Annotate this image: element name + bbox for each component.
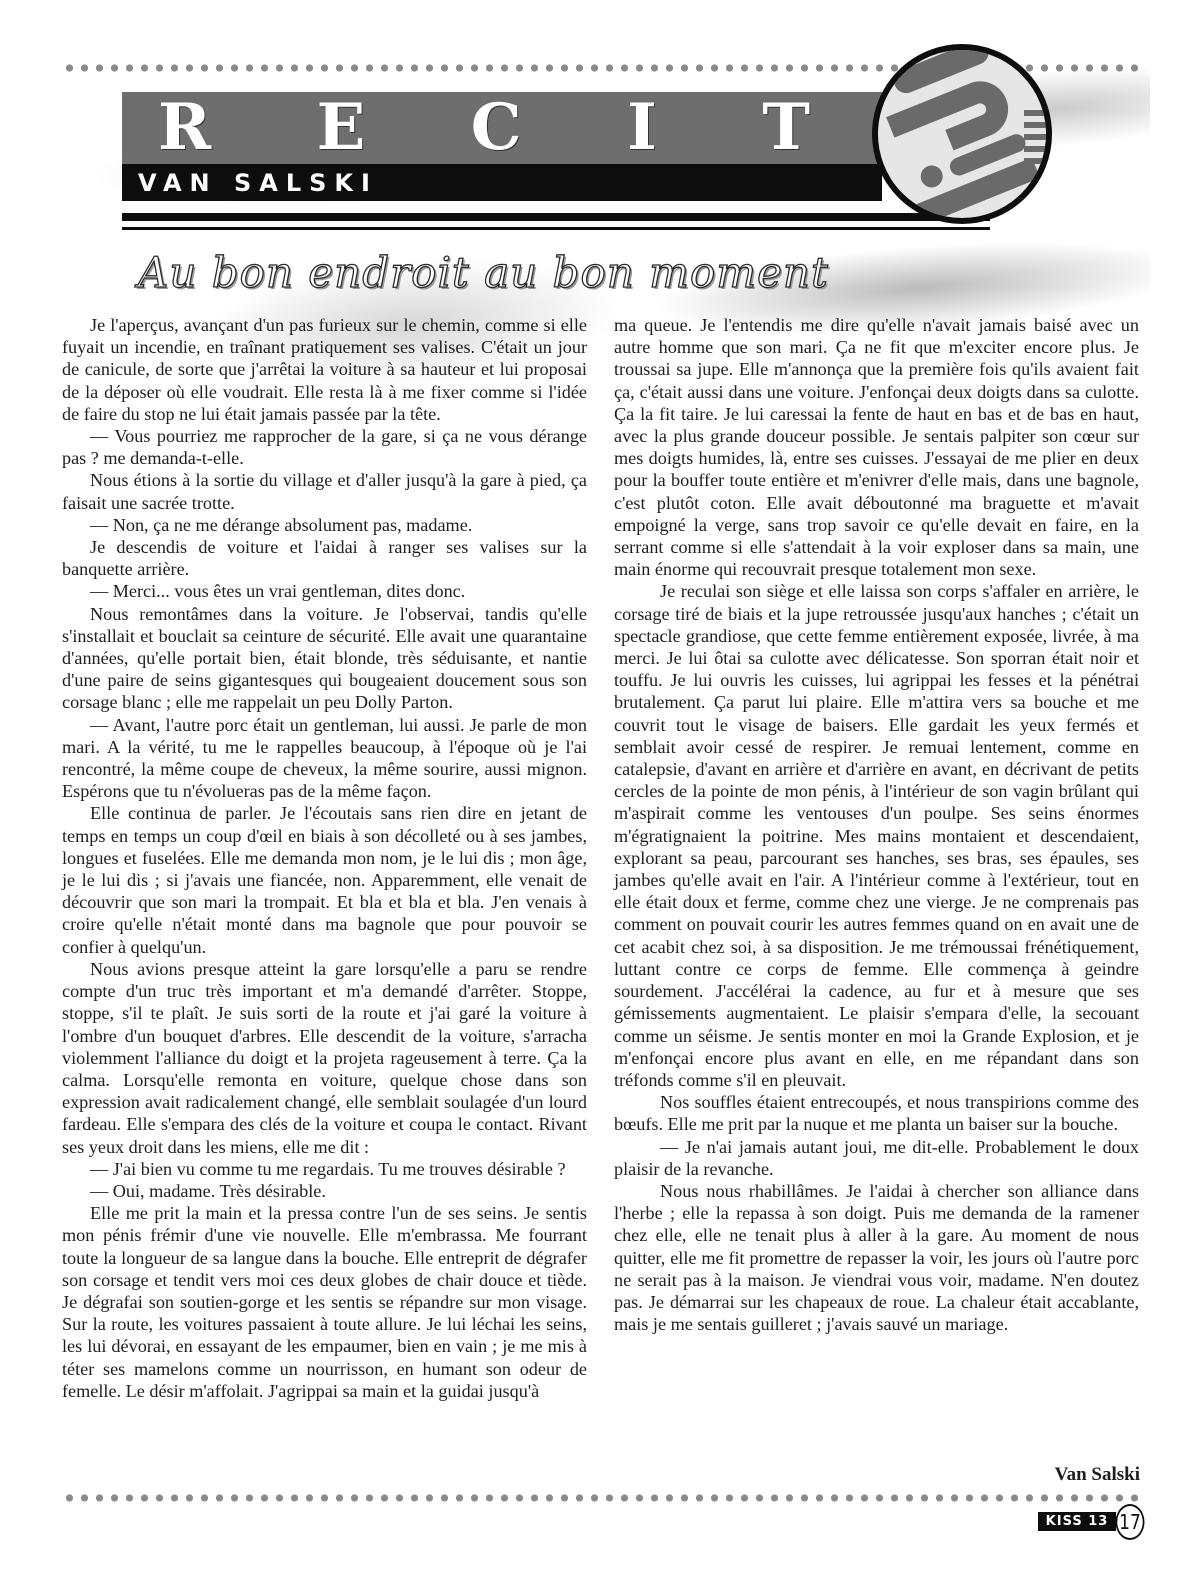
section-title-letter: E bbox=[317, 96, 366, 160]
paragraph: Elle continua de parler. Je l'écoutais s… bbox=[62, 802, 587, 957]
author-band: VAN SALSKI bbox=[122, 164, 882, 201]
paragraph: Nos souffles étaient entrecoupés, et nou… bbox=[614, 1091, 1139, 1135]
author-band-label: VAN SALSKI bbox=[138, 169, 378, 197]
paragraph: Elle me prit la main et la pressa contre… bbox=[62, 1202, 587, 1402]
paragraph: — Je n'ai jamais autant joui, me dit-ell… bbox=[614, 1136, 1139, 1180]
paragraph: Nous avions presque atteint la gare lors… bbox=[62, 958, 587, 1158]
article-column-right: ma queue. Je l'entendis me dire qu'elle … bbox=[614, 314, 1139, 1335]
dotted-divider-bottom bbox=[62, 1494, 1142, 1502]
page-number: 17 bbox=[1116, 1504, 1145, 1540]
header-rule-thick bbox=[122, 213, 990, 221]
section-title-box: R E C I T bbox=[122, 92, 882, 164]
article-column-left: Je l'aperçus, avançant d'un pas furieux … bbox=[62, 314, 587, 1402]
paragraph: — Oui, madame. Très désirable. bbox=[62, 1180, 587, 1202]
paragraph: Je reculai son siège et elle laissa son … bbox=[614, 580, 1139, 1091]
author-signature: Van Salski bbox=[980, 1464, 1140, 1486]
magazine-logo-emblem-icon bbox=[872, 44, 1052, 224]
paragraph: — J'ai bien vu comme tu me regardais. Tu… bbox=[62, 1158, 587, 1180]
section-title-letter: C bbox=[471, 96, 522, 160]
magazine-issue-badge: KISS 13 bbox=[1038, 1512, 1116, 1531]
paragraph: — Merci... vous êtes un vrai gentleman, … bbox=[62, 580, 587, 602]
section-title-letter: I bbox=[627, 96, 657, 160]
section-title-letter: R bbox=[158, 96, 211, 160]
paragraph: — Non, ça ne me dérange absolument pas, … bbox=[62, 514, 587, 536]
paragraph: Nous étions à la sortie du village et d'… bbox=[62, 469, 587, 513]
story-title: Au bon endroit au bon moment bbox=[138, 248, 829, 297]
paragraph: Nous nous rhabillâmes. Je l'aidai à cher… bbox=[614, 1180, 1139, 1335]
paragraph: — Vous pourriez me rapprocher de la gare… bbox=[62, 425, 587, 469]
paragraph: Nous remontâmes dans la voiture. Je l'ob… bbox=[62, 603, 587, 714]
section-title-letter: T bbox=[762, 96, 810, 160]
paragraph: Je l'aperçus, avançant d'un pas furieux … bbox=[62, 314, 587, 425]
paragraph: Je descendis de voiture et l'aidai à ran… bbox=[62, 536, 587, 580]
paragraph: — Avant, l'autre porc était un gentleman… bbox=[62, 714, 587, 803]
header-rule-thin bbox=[122, 227, 990, 230]
paragraph: ma queue. Je l'entendis me dire qu'elle … bbox=[614, 314, 1139, 580]
